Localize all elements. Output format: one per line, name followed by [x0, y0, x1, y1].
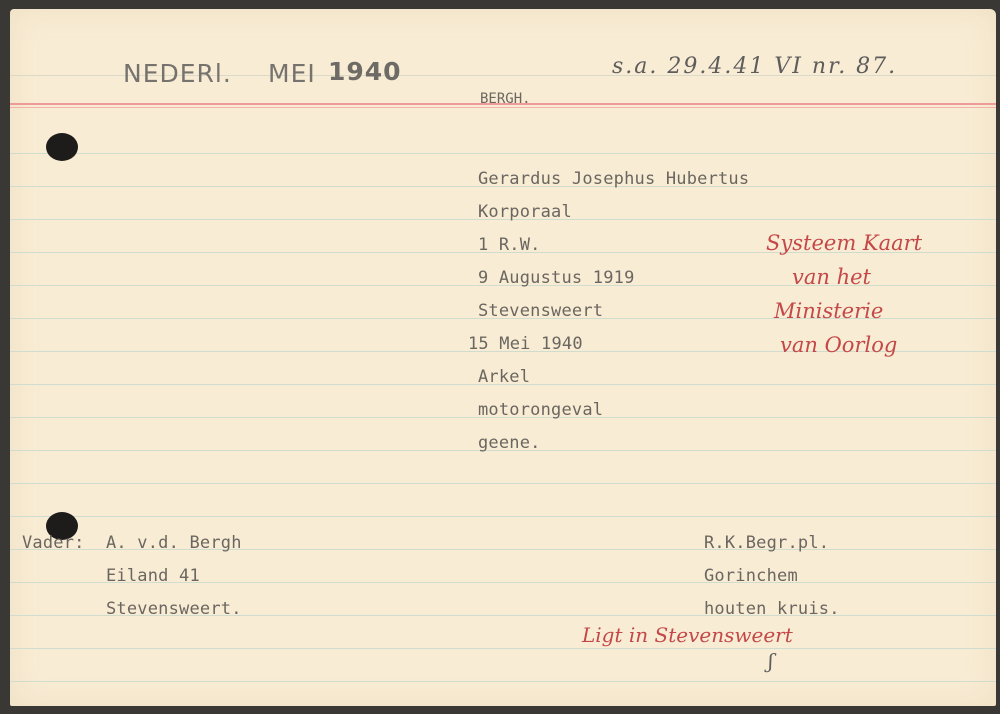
rule-line	[10, 681, 996, 682]
record-card: NEDERl. MEI 1940 BERGH. s.a. 29.4.41 VI …	[10, 9, 996, 706]
remarks: geene.	[478, 433, 541, 453]
birth-date: 9 Augustus 1919	[478, 268, 635, 288]
red-annotation-line-2: van het	[792, 265, 871, 289]
stamp-month: MEI	[268, 59, 316, 88]
father-address: Eiland 41	[106, 566, 200, 586]
red-annotation-line-4: van Oorlog	[780, 333, 897, 357]
unit: 1 R.W.	[478, 235, 541, 255]
rule-line	[10, 648, 996, 649]
burial-cemetery: R.K.Begr.pl.	[704, 533, 829, 553]
death-date: 15 Mei 1940	[468, 334, 583, 354]
burial-location-note: Ligt in Stevensweert	[582, 623, 793, 647]
margin-red-rule	[10, 107, 996, 108]
rule-line	[10, 153, 996, 154]
rule-line	[10, 483, 996, 484]
birth-place: Stevensweert	[478, 301, 603, 321]
father-city: Stevensweert.	[106, 599, 242, 619]
father-label: Vader:	[22, 533, 85, 553]
cause-of-death: motorongeval	[478, 400, 603, 420]
burial-town: Gorinchem	[704, 566, 798, 586]
rule-line	[10, 516, 996, 517]
father-name: A. v.d. Bergh	[106, 533, 242, 553]
death-place: Arkel	[478, 367, 530, 387]
burial-marker: houten kruis.	[704, 599, 840, 619]
rank: Korporaal	[478, 202, 572, 222]
pencil-mark: ʃ	[768, 649, 775, 673]
pencil-reference: s.a. 29.4.41 VI nr. 87.	[612, 54, 897, 79]
given-names: Gerardus Josephus Hubertus	[478, 169, 749, 189]
punch-hole	[46, 133, 78, 161]
stamp-country: NEDERl.	[123, 59, 232, 88]
red-annotation-line-1: Systeem Kaart	[766, 231, 922, 255]
surname: BERGH.	[480, 91, 531, 107]
stamp-year: 1940	[328, 57, 402, 86]
red-annotation-line-3: Ministerie	[774, 299, 883, 323]
